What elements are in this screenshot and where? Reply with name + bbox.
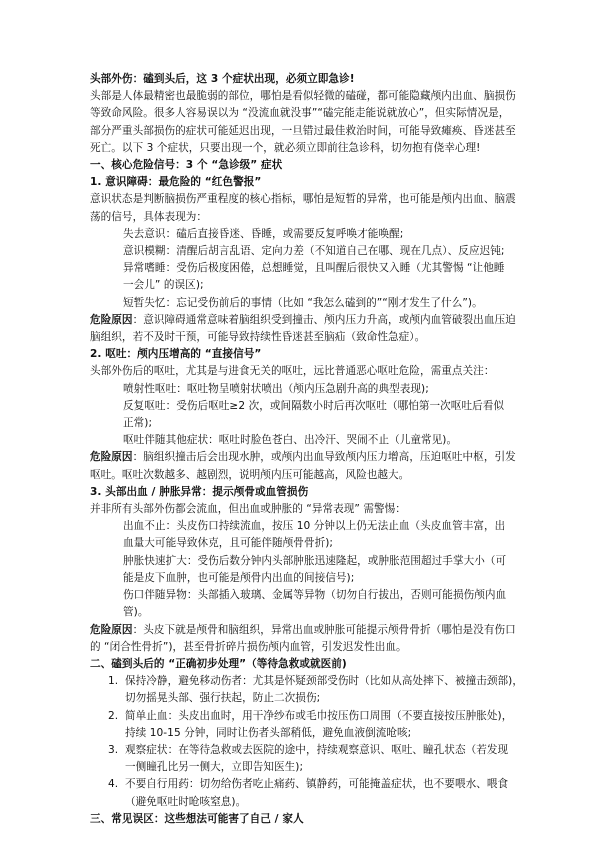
symptom-item-cont: 一会儿” 的误区); — [90, 277, 508, 294]
risk-reason: 危险原因：脑组织撞击后会出现水肿，或颅内出血导致颅内压力增高，压迫呕吐中枢，引发 — [90, 449, 508, 466]
step-text: 保持冷静，避免移动伤者：尤其是怀疑颈部受伤时（比如从高处摔下、被撞击颈部)， — [125, 673, 508, 690]
step-number: 1. — [108, 673, 118, 690]
symptom-item: 呕吐伴随其他症状：呕吐时脸色苍白、出冷汗、哭闹不止（儿童常见)。 — [90, 432, 508, 449]
first-aid-step: 4. 不要自行用药：切勿给伤者吃止痛药、镇静药，可能掩盖症状，也不要喂水、喂食 … — [90, 776, 508, 810]
symptom-item: 异常嗜睡：受伤后极度困倦，总想睡觉，且叫醒后很快又入睡（尤其警惕 “让他睡 — [90, 260, 508, 277]
step-text-cont: 持续 10-15 分钟，同时让伤者头部稍低，避免血液倒流呛咳; — [125, 725, 508, 742]
risk-reason-cont: 的 “闭合性骨折”)，甚至骨折碎片损伤颅内血管，引发迟发性出血。 — [90, 639, 508, 656]
step-number: 3. — [108, 742, 118, 759]
subsection-3-heading: 3. 头部出血 / 肿胀异常：提示颅骨或血管损伤 — [90, 484, 508, 501]
step-number: 4. — [108, 776, 118, 793]
subsection-1-heading: 1. 意识障碍：最危险的 “红色警报” — [90, 174, 508, 191]
step-text: 不要自行用药：切勿给伤者吃止痛药、镇静药，可能掩盖症状，也不要喂水、喂食 — [125, 776, 508, 793]
symptom-item: 意识模糊：清醒后胡言乱语、定向力差（不知道自己在哪、现在几点）、反应迟钝; — [90, 243, 508, 260]
risk-label: 危险原因 — [90, 624, 133, 636]
step-text: 观察症状：在等待急救或去医院的途中，持续观察意识、呕吐、瞳孔状态（若发现 — [125, 742, 508, 759]
section-3-heading: 三、常见误区：这些想法可能害了自己 / 家人 — [90, 811, 508, 828]
risk-label: 危险原因 — [90, 451, 133, 463]
document-title: 头部外伤：磕到头后，这 3 个症状出现，必须立即急诊! — [90, 71, 508, 88]
step-number: 2. — [108, 708, 118, 725]
symptom-item-cont: 正常); — [90, 415, 508, 432]
subsection-1-lead: 荡的信号，具体表现为： — [90, 209, 508, 226]
step-text-cont: （避免呕吐时呛咳窒息)。 — [125, 794, 508, 811]
intro-line: 死亡。以下 3 个症状，只要出现一个，就必须立即前往急诊科，切勿抱有侥幸心理! — [90, 140, 508, 157]
subsection-3-lead: 并非所有头部外伤都会流血，但出血或肿胀的 “异常表现” 需警惕： — [90, 501, 508, 518]
intro-line: 等致命风险。很多人容易误以为 “没流血就没事”“磕完能走能说就放心”，但实际情况… — [90, 105, 508, 122]
risk-text: ：头皮下就是颅骨和脑组织，异常出血或肿胀可能提示颅骨骨折（哪怕是没有伤口 — [133, 624, 516, 636]
risk-reason-cont: 脑组织，若不及时干预，可能导致持续性昏迷甚至脑疝（致命性急症）。 — [90, 329, 508, 346]
risk-reason-cont: 呕吐。呕吐次数越多、越剧烈，说明颅内压可能越高，风险也越大。 — [90, 467, 508, 484]
subsection-2-heading: 2. 呕吐：颅内压增高的 “直接信号” — [90, 346, 508, 363]
symptom-item: 喷射性呕吐：呕吐物呈喷射状喷出（颅内压急剧升高的典型表现); — [90, 381, 508, 398]
symptom-item-cont: 血量大可能导致休克，且可能伴随颅骨骨折); — [90, 535, 508, 552]
symptom-item: 肿胀快速扩大：受伤后数分钟内头部肿胀迅速隆起，或肿胀范围超过手掌大小（可 — [90, 553, 508, 570]
symptom-item-cont: 能是皮下血肿，也可能是颅骨内出血的间接信号); — [90, 570, 508, 587]
risk-label: 危险原因 — [90, 314, 133, 326]
step-text: 简单止血：头皮出血时，用干净纱布或毛巾按压伤口周围（不要直接按压肿胀处)， — [125, 708, 508, 725]
symptom-item: 失去意识：磕后直接昏迷、昏睡，或需要反复呼唤才能唤醒; — [90, 226, 508, 243]
risk-reason: 危险原因：意识障碍通常意味着脑组织受到撞击、颅内压力升高，或颅内血管破裂出血压迫 — [90, 312, 508, 329]
intro-line: 头部是人体最精密也最脆弱的部位，哪怕是看似轻微的磕碰，都可能隐藏颅内出血、脑损伤 — [90, 88, 508, 105]
subsection-1-lead: 意识状态是判断脑损伤严重程度的核心指标，哪怕是短暂的异常，也可能是颅内出血、脑震 — [90, 191, 508, 208]
step-text-cont: 切勿摇晃头部、强行扶起，防止二次损伤; — [125, 690, 508, 707]
step-text-cont: 一侧瞳孔比另一侧大，立即告知医生); — [125, 759, 508, 776]
risk-reason: 危险原因：头皮下就是颅骨和脑组织，异常出血或肿胀可能提示颅骨骨折（哪怕是没有伤口 — [90, 622, 508, 639]
symptom-item: 短暂失忆：忘记受伤前后的事情（比如 “我怎么磕到的”“刚才发生了什么”)。 — [90, 295, 508, 312]
risk-text: ：意识障碍通常意味着脑组织受到撞击、颅内压力升高，或颅内血管破裂出血压迫 — [133, 314, 516, 326]
first-aid-step: 2. 简单止血：头皮出血时，用干净纱布或毛巾按压伤口周围（不要直接按压肿胀处)，… — [90, 708, 508, 742]
risk-text: ：脑组织撞击后会出现水肿，或颅内出血导致颅内压力增高，压迫呕吐中枢，引发 — [133, 451, 516, 463]
intro-line: 部分严重头部损伤的症状可能延迟出现，一旦错过最佳救治时间，可能导致瘫痪、昏迷甚至 — [90, 123, 508, 140]
subsection-2-lead: 头部外伤后的呕吐，尤其是与进食无关的呕吐，远比普通恶心呕吐危险，需重点关注： — [90, 363, 508, 380]
section-2-heading: 二、磕到头后的 “正确初步处理”（等待急救或就医前) — [90, 656, 508, 673]
symptom-item: 伤口伴随异物：头部插入玻璃、金属等异物（切勿自行拔出，否则可能损伤颅内血 — [90, 587, 508, 604]
first-aid-step: 3. 观察症状：在等待急救或去医院的途中，持续观察意识、呕吐、瞳孔状态（若发现 … — [90, 742, 508, 776]
section-1-heading: 一、核心危险信号：3 个 “急诊级” 症状 — [90, 157, 508, 174]
first-aid-step: 1. 保持冷静，避免移动伤者：尤其是怀疑颈部受伤时（比如从高处摔下、被撞击颈部)… — [90, 673, 508, 707]
document-page: 头部外伤：磕到头后，这 3 个症状出现，必须立即急诊! 头部是人体最精密也最脆弱… — [90, 71, 508, 828]
symptom-item-cont: 管)。 — [90, 604, 508, 621]
symptom-item: 出血不止：头皮伤口持续流血，按压 10 分钟以上仍无法止血（头皮血管丰富，出 — [90, 518, 508, 535]
symptom-item: 反复呕吐：受伤后呕吐≥2 次，或间隔数小时后再次呕吐（哪怕第一次呕吐后看似 — [90, 398, 508, 415]
